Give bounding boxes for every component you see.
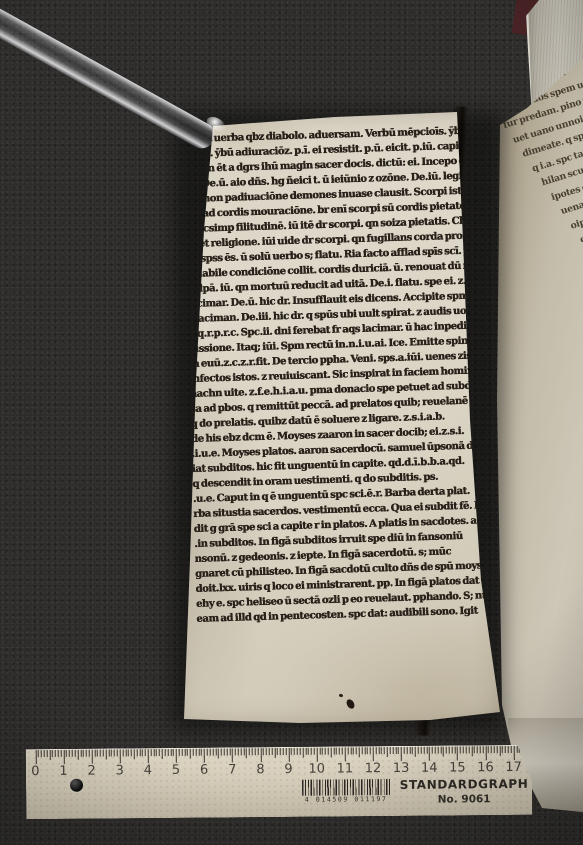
ruler-tick (482, 746, 483, 753)
ruler-number: 9 (284, 763, 292, 777)
manuscript-text-block: ua fūt uerba qbz diabolo. aduersam. Verb… (182, 123, 485, 626)
ruler-tick (190, 749, 191, 759)
ruler-tick (263, 748, 264, 755)
ruler-tick (63, 750, 64, 764)
ruler-tick (255, 748, 256, 755)
ruler-tick (111, 749, 112, 756)
ruler-tick (395, 747, 396, 754)
ruler-tick (58, 750, 59, 757)
ruler-tick (277, 748, 278, 755)
ruler-tick (235, 748, 236, 755)
ruler-tick (224, 748, 225, 755)
ruler-tick (339, 747, 340, 754)
ruler-tick (117, 749, 118, 756)
ruler-tick (145, 749, 146, 756)
ruler-tick (153, 749, 154, 756)
ruler-number: 14 (421, 762, 438, 776)
ruler-tick (72, 750, 73, 757)
ruler-tick (409, 747, 410, 754)
ruler-tick (437, 747, 438, 754)
ruler-tick (378, 747, 379, 754)
ruler-number: 16 (477, 761, 494, 775)
ruler-tick (122, 749, 123, 756)
ruler-tick (390, 747, 391, 754)
ruler-tick (373, 747, 374, 761)
ruler-number: 6 (200, 764, 208, 778)
ruler-tick (286, 748, 287, 755)
ruler-tick (435, 747, 436, 754)
ruler-tick (499, 746, 500, 756)
ruler-tick (52, 750, 53, 757)
ruler-tick (89, 750, 90, 757)
ruler-tick (159, 749, 160, 756)
ruler-tick (291, 748, 292, 755)
ruler-number: 13 (393, 762, 410, 776)
ruler-tick (412, 747, 413, 754)
ruler-tick (452, 746, 453, 753)
ruler-tick (221, 748, 222, 755)
ruler-tick (488, 746, 489, 753)
ruler-tick (46, 750, 47, 757)
ruler-tick (314, 748, 315, 755)
ruler-tick (367, 747, 368, 754)
ruler-tick (457, 746, 458, 760)
ruler-tick (466, 746, 467, 753)
ruler-number: 4 (144, 764, 152, 778)
ruler-tick (494, 746, 495, 753)
ruler-tick (477, 746, 478, 753)
glass-rod-weight[interactable] (0, 0, 219, 153)
ruler-tick (125, 749, 126, 756)
ruler-tick (173, 749, 174, 756)
ruler-tick (94, 750, 95, 757)
manuscript-page: ua fūt uerba qbz diabolo. aduersam. Verb… (170, 108, 505, 728)
ruler-tick (77, 750, 78, 760)
ruler-number: 8 (256, 763, 264, 777)
ruler-tick (108, 749, 109, 756)
ruler-tick (280, 748, 281, 755)
ruler[interactable]: 01234567891011121314151617 4 014509 0111… (26, 745, 533, 819)
ruler-number: 7 (228, 763, 236, 777)
ruler-tick (432, 747, 433, 754)
ruler-hole (70, 779, 83, 792)
ruler-tick (505, 746, 506, 753)
ruler-tick (283, 748, 284, 755)
ruler-tick (356, 747, 357, 754)
ruler-tick (407, 747, 408, 754)
ruler-tick (232, 748, 233, 762)
ruler-tick (142, 749, 143, 756)
barcode-digits: 4 014509 011197 (302, 795, 390, 805)
ruler-tick (193, 749, 194, 756)
ruler-tick (229, 748, 230, 755)
ruler-tick (485, 746, 486, 760)
ruler-tick (401, 747, 402, 761)
ruler-tick (184, 749, 185, 756)
ruler-tick (269, 748, 270, 755)
ruler-tick (423, 747, 424, 754)
ruler-tick (249, 748, 250, 755)
ruler-tick (294, 748, 295, 755)
ruler-tick (215, 749, 216, 756)
ruler-tick (91, 750, 92, 764)
ruler-tick (305, 748, 306, 755)
ruler-tick (75, 750, 76, 757)
ruler-number: 17 (505, 761, 522, 775)
ruler-tick (148, 749, 149, 763)
ruler-tick (207, 749, 208, 756)
ruler-tick (429, 747, 430, 761)
ruler-tick (460, 746, 461, 753)
ruler-tick (347, 747, 348, 754)
ruler-tick (69, 750, 70, 757)
ruler-tick (35, 750, 36, 764)
barcode: 4 014509 011197 (302, 779, 390, 808)
ruler-tick (440, 747, 441, 754)
ruler-tick (468, 746, 469, 753)
ruler-brand-box: STANDARDGRAPH No. 9061 (398, 778, 530, 807)
ruler-tick (361, 747, 362, 754)
ruler-tick (308, 748, 309, 755)
ruler-tick (181, 749, 182, 756)
ruler-tick (463, 746, 464, 753)
ruler-tick (49, 750, 50, 760)
ruler-tick (384, 747, 385, 754)
ruler-tick (288, 748, 289, 762)
ruler-number: 15 (449, 761, 466, 775)
ruler-tick (204, 749, 205, 763)
ruler-tick (302, 748, 303, 758)
ruler-tick (471, 746, 472, 756)
ruler-tick (342, 747, 343, 754)
ruler-tick (80, 750, 81, 757)
ruler-tick (106, 750, 107, 760)
ruler-tick (162, 749, 163, 759)
ruler-tick (381, 747, 382, 754)
ruler-tick (511, 746, 512, 753)
ruler-number: 10 (308, 763, 325, 777)
ruler-tick (418, 747, 419, 754)
ruler-tick (176, 749, 177, 763)
ruler-tick (364, 747, 365, 754)
ruler-tick (513, 746, 514, 760)
ruler-number: 5 (172, 764, 180, 778)
ruler-tick (345, 747, 346, 761)
ruler-number: 12 (365, 762, 382, 776)
ruler-tick (241, 748, 242, 755)
ruler-tick (257, 748, 258, 755)
ruler-tick (311, 748, 312, 755)
ruler-tick (120, 749, 121, 763)
ruler-number: 1 (59, 765, 67, 779)
ruler-tick (198, 749, 199, 756)
ruler-tick (151, 749, 152, 756)
ruler-tick (443, 747, 444, 757)
ruler-tick (266, 748, 267, 755)
ruler-tick (480, 746, 481, 753)
ruler-tick (449, 747, 450, 754)
ruler-tick (252, 748, 253, 755)
ruler-tick (103, 750, 104, 757)
ruler-tick (238, 748, 239, 755)
ruler-tick (353, 747, 354, 754)
ruler-tick (392, 747, 393, 754)
ruler-tick (100, 750, 101, 757)
ruler-tick (421, 747, 422, 754)
ruler-tick (333, 748, 334, 755)
ruler-tick (516, 746, 517, 753)
ruler-tick (426, 747, 427, 754)
ruler-tick (336, 747, 337, 754)
ruler-tick (97, 750, 98, 757)
ruler-tick (387, 747, 388, 757)
ruler-tick (201, 749, 202, 756)
ruler-tick (196, 749, 197, 756)
ruler-tick (474, 746, 475, 753)
ruler-tick (322, 748, 323, 755)
ruler-tick (316, 748, 317, 762)
ruler-tick (41, 750, 42, 757)
ruler-tick (415, 747, 416, 757)
ruler-tick (502, 746, 503, 753)
ruler-tick (271, 748, 272, 755)
ruler-tick (359, 747, 360, 757)
ruler-tick (454, 746, 455, 753)
ruler-tick (226, 748, 227, 755)
ruler-tick (86, 750, 87, 757)
barcode-bars (302, 779, 390, 796)
ruler-model-label: No. 9061 (398, 793, 530, 807)
ruler-tick (83, 750, 84, 757)
ruler-tick (187, 749, 188, 756)
ruler-tick (131, 749, 132, 756)
ruler-tick (38, 750, 39, 757)
ruler-tick (218, 749, 219, 759)
ruler-tick (61, 750, 62, 757)
ruler-tick (243, 748, 244, 755)
ruler-tick (55, 750, 56, 757)
ruler-tick (128, 749, 129, 756)
photo-stage: maxtcut. Sp spe dens quo uos spem unitfu… (0, 0, 583, 845)
ruler-tick (325, 748, 326, 755)
ruler-tick (491, 746, 492, 753)
ruler-tick (370, 747, 371, 754)
ruler-tick (297, 748, 298, 755)
ruler-tick (139, 749, 140, 756)
ruler-tick (134, 749, 135, 759)
ruler-tick (328, 748, 329, 755)
ruler-tick (300, 748, 301, 755)
ruler-tick (136, 749, 137, 756)
ruler-tick (212, 749, 213, 756)
ruler-tick (331, 748, 332, 758)
ruler-number: 2 (87, 765, 95, 779)
ruler-tick (260, 748, 261, 762)
ruler-tick (165, 749, 166, 756)
ruler-tick (179, 749, 180, 756)
ruler-tick (508, 746, 509, 753)
ruler-number: 3 (116, 764, 124, 778)
ruler-tick (44, 750, 45, 757)
ruler-number: 11 (336, 762, 353, 776)
ruler-tick (246, 748, 247, 758)
ruler-number: 0 (31, 765, 39, 779)
ruler-tick (398, 747, 399, 754)
ruler-tick (376, 747, 377, 754)
ruler-tick (167, 749, 168, 756)
ruler-tick (446, 747, 447, 754)
ruler-tick (66, 750, 67, 757)
ruler-tick (170, 749, 171, 756)
ruler-tick (319, 748, 320, 755)
ruler-tick (497, 746, 498, 753)
ruler-tick (114, 749, 115, 756)
ruler-tick (156, 749, 157, 756)
ruler-tick (274, 748, 275, 758)
ruler-tick (404, 747, 405, 754)
ruler-brand-label: STANDARDGRAPH (398, 778, 530, 792)
ruler-tick (210, 749, 211, 756)
ruler-tick (350, 747, 351, 754)
